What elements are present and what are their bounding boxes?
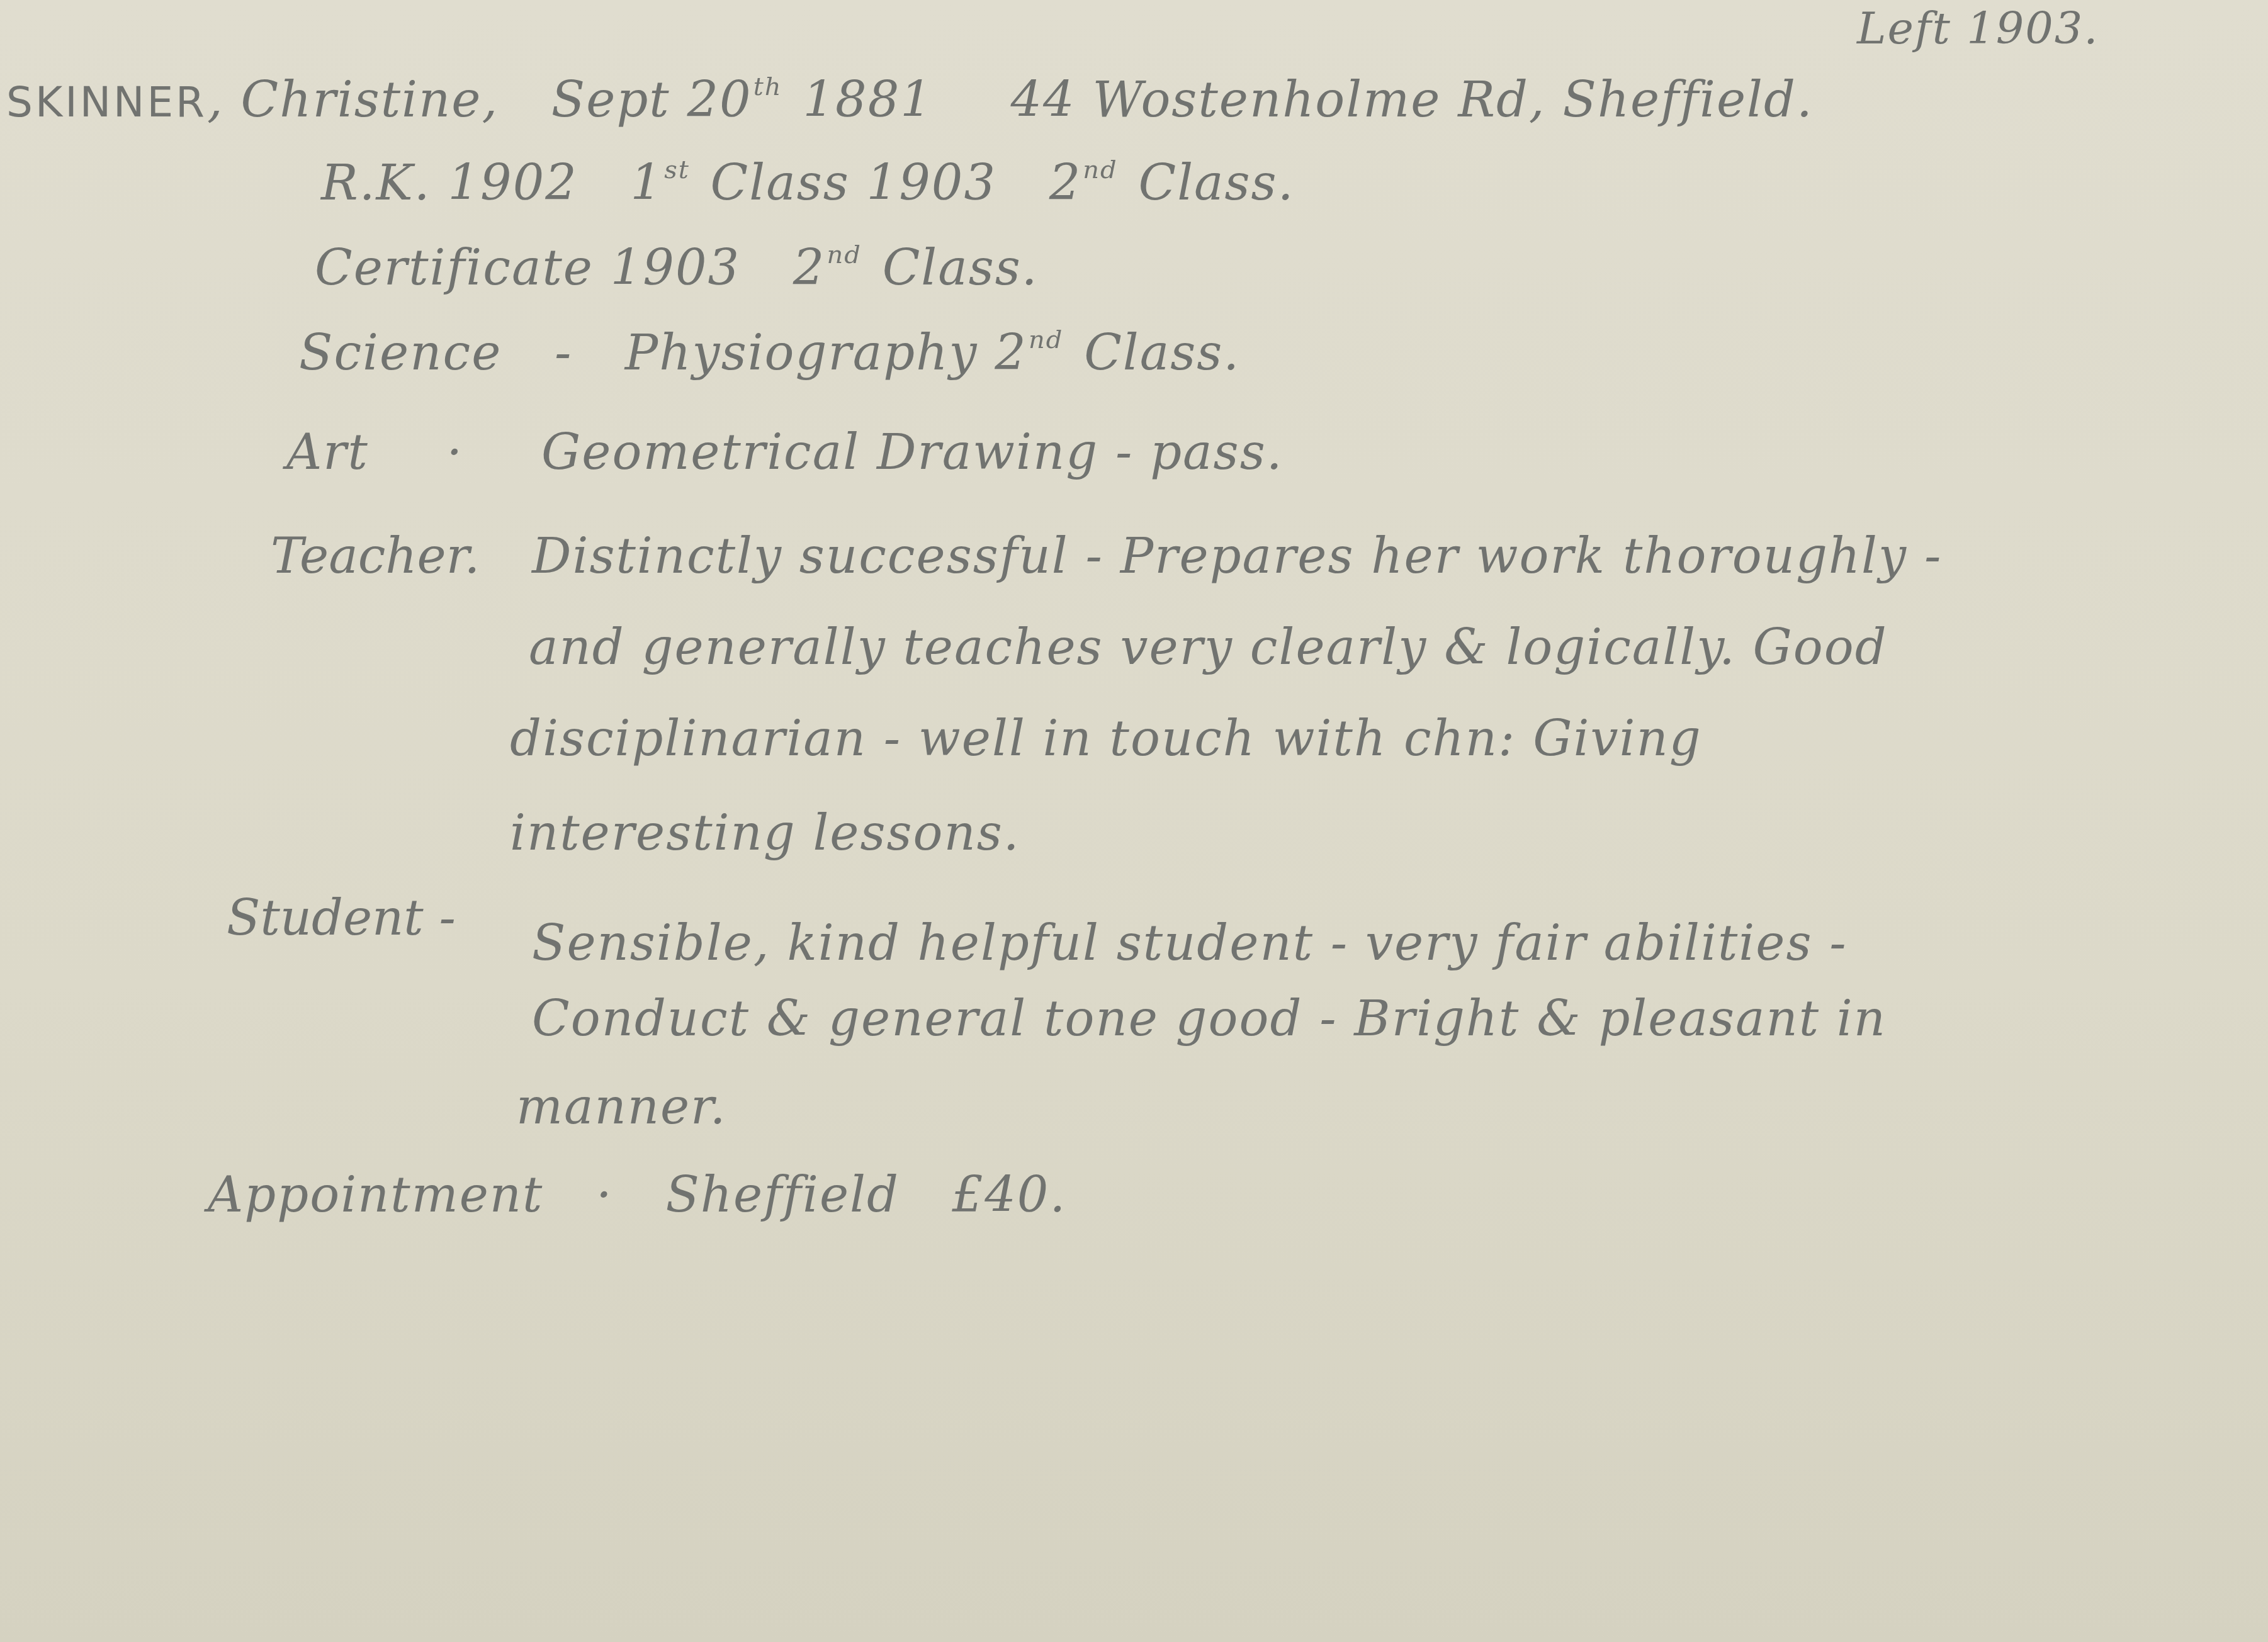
student-label: Student xyxy=(227,890,424,947)
rk-class-1-num: 1 xyxy=(631,155,663,211)
rk-class-2-num: 2 xyxy=(1049,155,1082,211)
teacher-label-group: Teacher. xyxy=(271,532,480,581)
certificate-label: Certificate xyxy=(315,240,594,296)
certificate-class-word: Class. xyxy=(883,240,1039,296)
rk-label: R.K. xyxy=(321,155,431,211)
student-remark-line-1: Sensible, kind helpful student - very fa… xyxy=(532,919,1848,968)
rk-line: R.K. 1902 1st Class 1903 2nd Class. xyxy=(321,157,1294,208)
teacher-remark-line-2: and generally teaches very clearly & log… xyxy=(529,623,1888,672)
appointment-place: Sheffield xyxy=(665,1167,900,1223)
register-page: Left 1903. SKINNER, Christine, Sept 20th… xyxy=(0,0,2268,1642)
art-label: Art xyxy=(286,424,369,481)
teacher-label: Teacher xyxy=(271,528,464,585)
science-class-suffix: nd xyxy=(1029,325,1063,354)
birth-date: Sept 20 xyxy=(551,72,752,128)
rk-year-2: 1903 xyxy=(867,155,997,211)
rk-year-1: 1902 xyxy=(448,155,578,211)
certificate-class-num: 2 xyxy=(793,240,826,296)
teacher-remark-line-3: disciplinarian - well in touch with chn:… xyxy=(510,714,1702,763)
student-remark-line-2: Conduct & general tone good - Bright & p… xyxy=(532,994,1887,1043)
appointment-separator: · xyxy=(596,1167,613,1223)
appointment-salary: £40. xyxy=(952,1167,1067,1223)
science-subject: Physiography xyxy=(625,325,978,381)
left-date-note: Left 1903. xyxy=(1857,6,2099,50)
science-separator: - xyxy=(555,325,572,381)
rk-class-2-suffix: nd xyxy=(1083,155,1117,184)
rk-class-1-word: Class xyxy=(711,155,850,211)
forename: Christine xyxy=(241,72,482,128)
header-line: SKINNER, Christine, Sept 20th 1881 44 Wo… xyxy=(6,74,1814,125)
art-subject: Geometrical Drawing xyxy=(541,424,1098,481)
birth-year: 1881 xyxy=(803,72,933,128)
rk-class-2-word: Class. xyxy=(1138,155,1294,211)
appointment-line: Appointment · Sheffield £40. xyxy=(208,1171,1066,1220)
teacher-separator: . xyxy=(464,528,480,585)
certificate-class-suffix: nd xyxy=(827,240,861,269)
student-separator: - xyxy=(439,890,455,947)
science-line: Science - Physiography 2nd Class. xyxy=(299,327,1240,378)
birth-date-suffix: th xyxy=(753,72,782,101)
comma: , xyxy=(207,72,241,128)
student-remark-line-3: manner. xyxy=(516,1082,727,1132)
address: 44 Wostenholme Rd, Sheffield. xyxy=(1010,72,1813,128)
surname: SKINNER xyxy=(6,78,207,127)
comma: , xyxy=(482,72,516,128)
science-class-num: 2 xyxy=(995,325,1027,381)
teacher-remark-line-4: interesting lessons. xyxy=(510,809,1020,858)
art-separator: · xyxy=(447,424,464,481)
student-label-group: Student - xyxy=(227,894,456,943)
teacher-remark-line-1: Distinctly successful - Prepares her wor… xyxy=(532,532,1942,581)
art-result: - pass. xyxy=(1115,424,1283,481)
certificate-line: Certificate 1903 2nd Class. xyxy=(315,242,1039,293)
science-label: Science xyxy=(299,325,502,381)
certificate-year: 1903 xyxy=(611,240,741,296)
appointment-label: Appointment xyxy=(208,1167,543,1223)
rk-class-1-suffix: st xyxy=(664,155,690,184)
art-line: Art · Geometrical Drawing - pass. xyxy=(286,428,1283,477)
science-class-word: Class. xyxy=(1084,325,1240,381)
